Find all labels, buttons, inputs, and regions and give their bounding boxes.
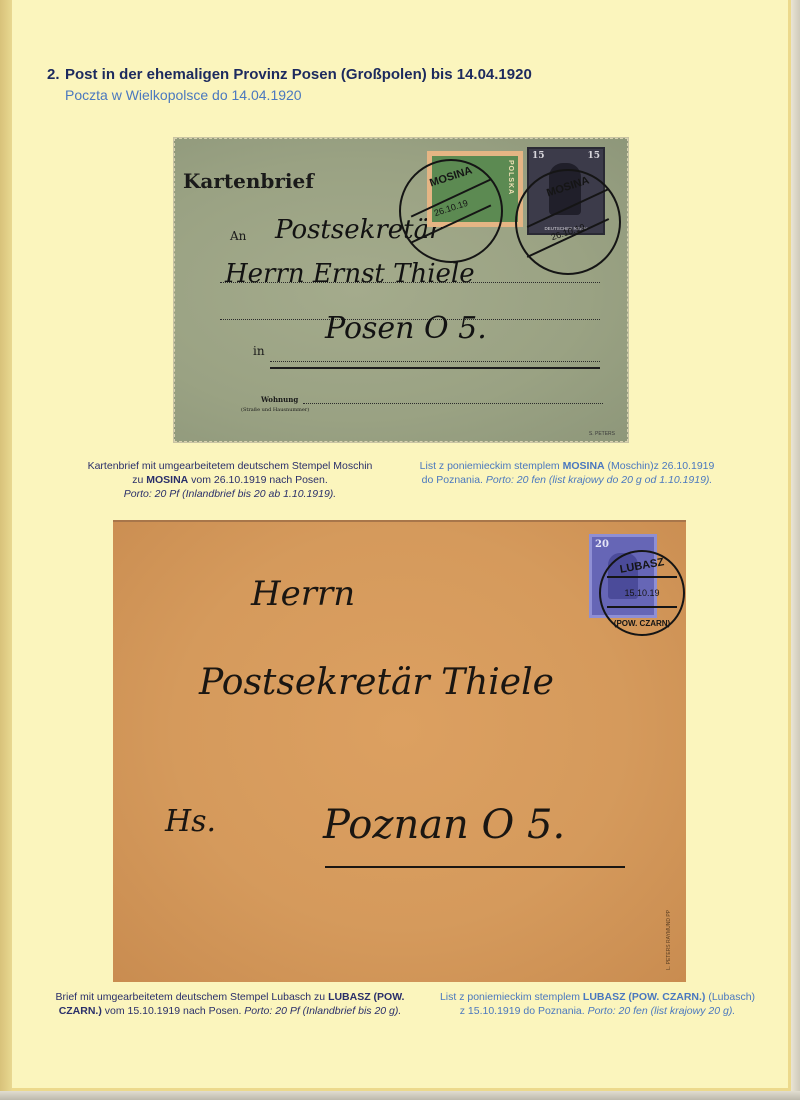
caption-kartenbrief-de: Kartenbrief mit umgearbeitetem deutschem… (40, 459, 420, 501)
section-title-pl: Poczta w Wielkopolsce do 14.04.1920 (65, 87, 532, 103)
postmark-bar (607, 606, 677, 608)
caption-brief-de: Brief mit umgearbeitetem deutschem Stemp… (30, 990, 430, 1018)
envelope-underline (325, 866, 625, 868)
page-edge-right (791, 0, 800, 1100)
stamp-country: POLSKA (507, 160, 514, 195)
card-label-in: in (253, 344, 265, 358)
postmark-cancel: MOSINA 26.10.19 (399, 159, 503, 263)
postmark-cancel: LUBASZ 15.10.19 (POW. CZARN) (599, 550, 685, 636)
envelope-address-line-3: Hs. (165, 804, 216, 839)
card-printed-title: Kartenbrief (183, 169, 314, 193)
postmark-cancel: MOSINA 26.10.19 (515, 169, 621, 275)
card-solid-line (270, 367, 600, 369)
card-label-an: An (230, 229, 246, 243)
postmark-date: 15.10.19 (601, 588, 683, 598)
stamp-value: 15 (587, 151, 600, 161)
card-dotted-line (270, 361, 600, 362)
envelope-printer-mark: L. PETERS RAYMUND PP (666, 910, 672, 970)
stamp-value: 15 (532, 151, 545, 161)
card-label-wohnung-sub: (Straße und Hausnummer) (241, 407, 309, 413)
card-address-line-3: Posen O 5. (325, 311, 487, 346)
stamp-value: 20 (595, 539, 609, 550)
envelope-address-line-4: Poznan O 5. (323, 802, 565, 848)
kartenbrief-card: Kartenbrief An Postsekretär Herrn Ernst … (174, 138, 628, 442)
envelope-address-line-2: Postsekretär Thiele (199, 662, 554, 703)
postmark-bar (607, 576, 677, 578)
page-edge-bottom (0, 1091, 800, 1100)
section-heading: 2.Post in der ehemaligen Provinz Posen (… (47, 66, 532, 103)
card-dotted-line (303, 403, 603, 404)
caption-kartenbrief-pl: List z poniemieckim stemplem MOSINA (Mos… (402, 459, 732, 487)
section-number: 2. (47, 66, 65, 83)
card-address-line-2: Herrn Ernst Thiele (225, 259, 475, 289)
brief-envelope: Herrn Postsekretär Thiele Hs. Poznan O 5… (113, 520, 686, 982)
envelope-address-line-1: Herrn (251, 574, 355, 614)
caption-brief-pl: List z poniemieckim stemplem LUBASZ (POW… (420, 990, 775, 1018)
page-edge-left (0, 0, 12, 1100)
postmark-district: (POW. CZARN) (601, 619, 683, 628)
section-title-de: Post in der ehemaligen Provinz Posen (Gr… (65, 66, 532, 83)
card-label-wohnung: Wohnung (261, 395, 298, 404)
card-printer-mark: S. PETERS (589, 431, 615, 437)
postmark-date: 26.10.19 (518, 211, 618, 252)
